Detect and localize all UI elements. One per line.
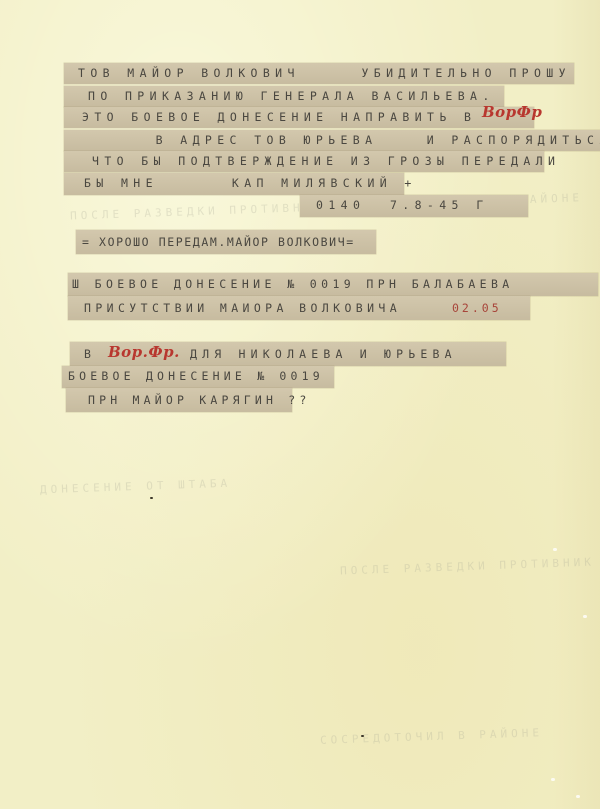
tape-strip: БЫ МНЕ КАП МИЛЯВСКИЙ + [64, 173, 404, 195]
timestamp-stamp: 0140 7.8-45 Г [300, 195, 489, 216]
message-prefix: В [70, 342, 96, 363]
bleed-through-text: ПОСЛЕ РАЗВЕДКИ ПРОТИВНИК [70, 201, 325, 223]
tape-strip: 0140 7.8-45 Г [300, 195, 528, 217]
tape-strip: В АДРЕС ТОВ ЮРЬЕВА И РАСПОРЯДИТЬСЯ [64, 130, 600, 151]
paper-fleck [553, 548, 557, 551]
paper-speck [150, 497, 153, 499]
bleed-through-text: ДОНЕСЕНИЕ ОТ ШТАБА [40, 477, 232, 497]
message-line: ПРН МАЙОР КАРЯГИН ?? [66, 388, 310, 409]
tape-strip: = ХОРОШО ПЕРЕДАМ.МАЙОР ВОЛКОВИЧ= [76, 230, 376, 254]
handwritten-annotation: Вор.Фр. [108, 343, 180, 361]
tape-strip: БОЕВОЕ ДОНЕСЕНИЕ № 0019 [62, 366, 334, 388]
paper-fleck [576, 795, 580, 798]
tape-strip: ЭТО БОЕВОЕ ДОНЕСЕНИЕ НАПРАВИТЬ В ВорФр [64, 107, 534, 128]
telegram-page: ПОСЛЕ РАЗВЕДКИ ПРОТИВНИК СОСРЕДОТОЧИЛ В … [0, 0, 600, 809]
message-line: Ш БОЕВОЕ ДОНЕСЕНИЕ № 0019 ПРН БАЛАБАЕВА [68, 273, 514, 294]
message-line: БОЕВОЕ ДОНЕСЕНИЕ № 0019 [62, 366, 324, 387]
time-mark: 02.05 [452, 296, 502, 317]
paper-fleck [551, 778, 555, 781]
message-line: ПРИСУТСТВИИ МАИОРА ВОЛКОВИЧА [68, 296, 401, 317]
paper-fleck [583, 615, 587, 618]
message-line: ТОВ МАЙОР ВОЛКОВИЧ УБИДИТЕЛЬНО ПРОШУ [64, 63, 571, 84]
bleed-through-text: ПОСЛЕ РАЗВЕДКИ ПРОТИВНИК [340, 556, 595, 578]
tape-strip: В Вор.Фр. ДЛЯ НИКОЛАЕВА И ЮРЬЕВА [70, 342, 506, 366]
tape-strip: ПРН МАЙОР КАРЯГИН ?? [66, 388, 292, 412]
tape-strip: ТОВ МАЙОР ВОЛКОВИЧ УБИДИТЕЛЬНО ПРОШУ [64, 63, 574, 84]
tape-strip: ПО ПРИКАЗАНИЮ ГЕНЕРАЛА ВАСИЛЬЕВА. [64, 86, 504, 107]
handwritten-annotation: ВорФр [482, 103, 542, 121]
message-line: ЭТО БОЕВОЕ ДОНЕСЕНИЕ НАПРАВИТЬ В [64, 107, 476, 128]
tape-strip: ПРИСУТСТВИИ МАИОРА ВОЛКОВИЧА 02.05 [68, 296, 530, 320]
paper-speck [361, 735, 364, 737]
tape-strip: Ш БОЕВОЕ ДОНЕСЕНИЕ № 0019 ПРН БАЛАБАЕВА [68, 273, 598, 296]
message-line: БЫ МНЕ КАП МИЛЯВСКИЙ + [64, 173, 417, 194]
tape-strip: ЧТО БЫ ПОДТВЕРЖДЕНИЕ ИЗ ГРОЗЫ ПЕРЕДАЛИ [64, 151, 544, 172]
message-line: ДЛЯ НИКОЛАЕВА И ЮРЬЕВА [190, 342, 457, 363]
message-line: ПО ПРИКАЗАНИЮ ГЕНЕРАЛА ВАСИЛЬЕВА. [64, 86, 495, 107]
message-line: В АДРЕС ТОВ ЮРЬЕВА И РАСПОРЯДИТЬСЯ [64, 130, 600, 151]
bleed-through-text: СОСРЕДОТОЧИЛ В РАЙОНЕ [320, 726, 543, 747]
reply-line: = ХОРОШО ПЕРЕДАМ.МАЙОР ВОЛКОВИЧ= [76, 230, 355, 251]
message-line: ЧТО БЫ ПОДТВЕРЖДЕНИЕ ИЗ ГРОЗЫ ПЕРЕДАЛИ [64, 151, 560, 172]
